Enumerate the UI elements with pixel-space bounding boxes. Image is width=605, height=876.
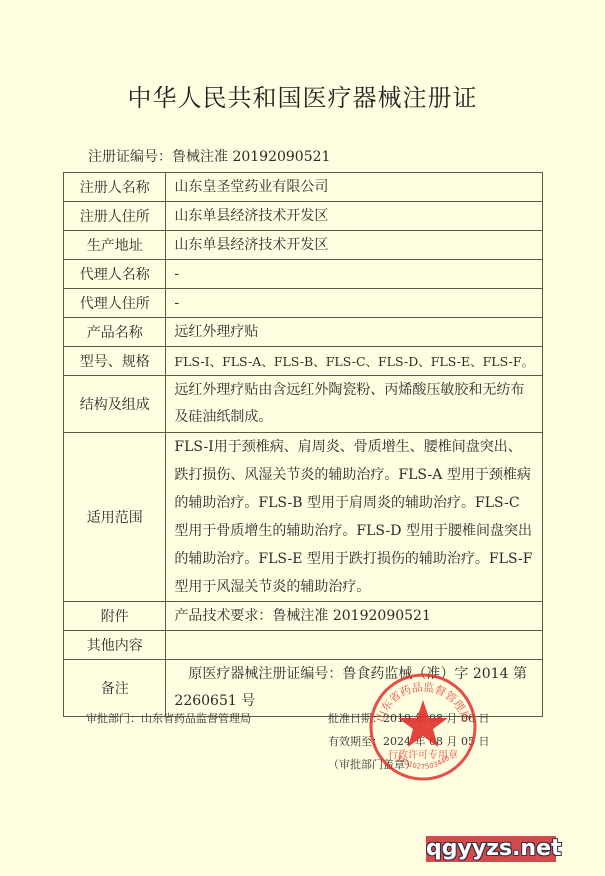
row-value: 远红外理疗贴	[166, 318, 543, 347]
table-row: 代理人住所-	[64, 289, 543, 318]
row-value	[166, 631, 543, 660]
row-label: 型号、规格	[64, 347, 166, 376]
table-row: 其他内容	[64, 631, 543, 660]
approval-department: 审批部门：山东省药品监督管理局	[86, 710, 251, 726]
row-value: 原医疗器械注册证编号：鲁食药监械（准）字 2014 第 2260651 号	[166, 660, 543, 717]
row-label: 其他内容	[64, 631, 166, 660]
row-value: -	[166, 260, 543, 289]
row-value: 产品技术要求：鲁械注准 20192090521	[166, 602, 543, 631]
row-label: 注册人住所	[64, 202, 166, 231]
table-row: 生产地址山东单县经济技术开发区	[64, 231, 543, 260]
table-row: 型号、规格FLS-I、FLS-A、FLS-B、FLS-C、FLS-D、FLS-E…	[64, 347, 543, 376]
row-label: 代理人名称	[64, 260, 166, 289]
row-label: 产品名称	[64, 318, 166, 347]
table-row: 注册人住所山东单县经济技术开发区	[64, 202, 543, 231]
row-value: -	[166, 289, 543, 318]
official-seal-icon: 山东省药品监督管理局 行政许可专用章 3701027503440	[368, 672, 478, 782]
table-row: 附件产品技术要求：鲁械注准 20192090521	[64, 602, 543, 631]
table-row: 产品名称远红外理疗贴	[64, 318, 543, 347]
table-row: 注册人名称山东皇圣堂药业有限公司	[64, 173, 543, 202]
row-label: 适用范围	[64, 433, 166, 602]
registration-number: 注册证编号：鲁械注准 20192090521	[88, 146, 330, 166]
row-label: 附件	[64, 602, 166, 631]
watermark-logo: qgyyzs.net	[426, 836, 556, 862]
row-label: 代理人住所	[64, 289, 166, 318]
row-value: 山东皇圣堂药业有限公司	[166, 173, 543, 202]
row-value: FLS-I、FLS-A、FLS-B、FLS-C、FLS-D、FLS-E、FLS-…	[166, 347, 543, 376]
certificate-table: 注册人名称山东皇圣堂药业有限公司 注册人住所山东单县经济技术开发区 生产地址山东…	[63, 172, 543, 717]
row-label: 结构及组成	[64, 376, 166, 433]
row-value: 山东单县经济技术开发区	[166, 202, 543, 231]
row-label: 注册人名称	[64, 173, 166, 202]
document-title: 中华人民共和国医疗器械注册证	[0, 78, 605, 113]
table-row: 结构及组成远红外理疗贴由含远红外陶瓷粉、丙烯酸压敏胶和无纺布及硅油纸制成。	[64, 376, 543, 433]
row-value: 山东单县经济技术开发区	[166, 231, 543, 260]
table-row: 适用范围FLS-Ⅰ用于颈椎病、肩周炎、骨质增生、腰椎间盘突出、跌打损伤、风湿关节…	[64, 433, 543, 602]
row-value: FLS-Ⅰ用于颈椎病、肩周炎、骨质增生、腰椎间盘突出、跌打损伤、风湿关节炎的辅助…	[166, 433, 543, 602]
row-label: 生产地址	[64, 231, 166, 260]
row-label: 备注	[64, 660, 166, 717]
row-value: 远红外理疗贴由含远红外陶瓷粉、丙烯酸压敏胶和无纺布及硅油纸制成。	[166, 376, 543, 433]
table-row: 代理人名称-	[64, 260, 543, 289]
